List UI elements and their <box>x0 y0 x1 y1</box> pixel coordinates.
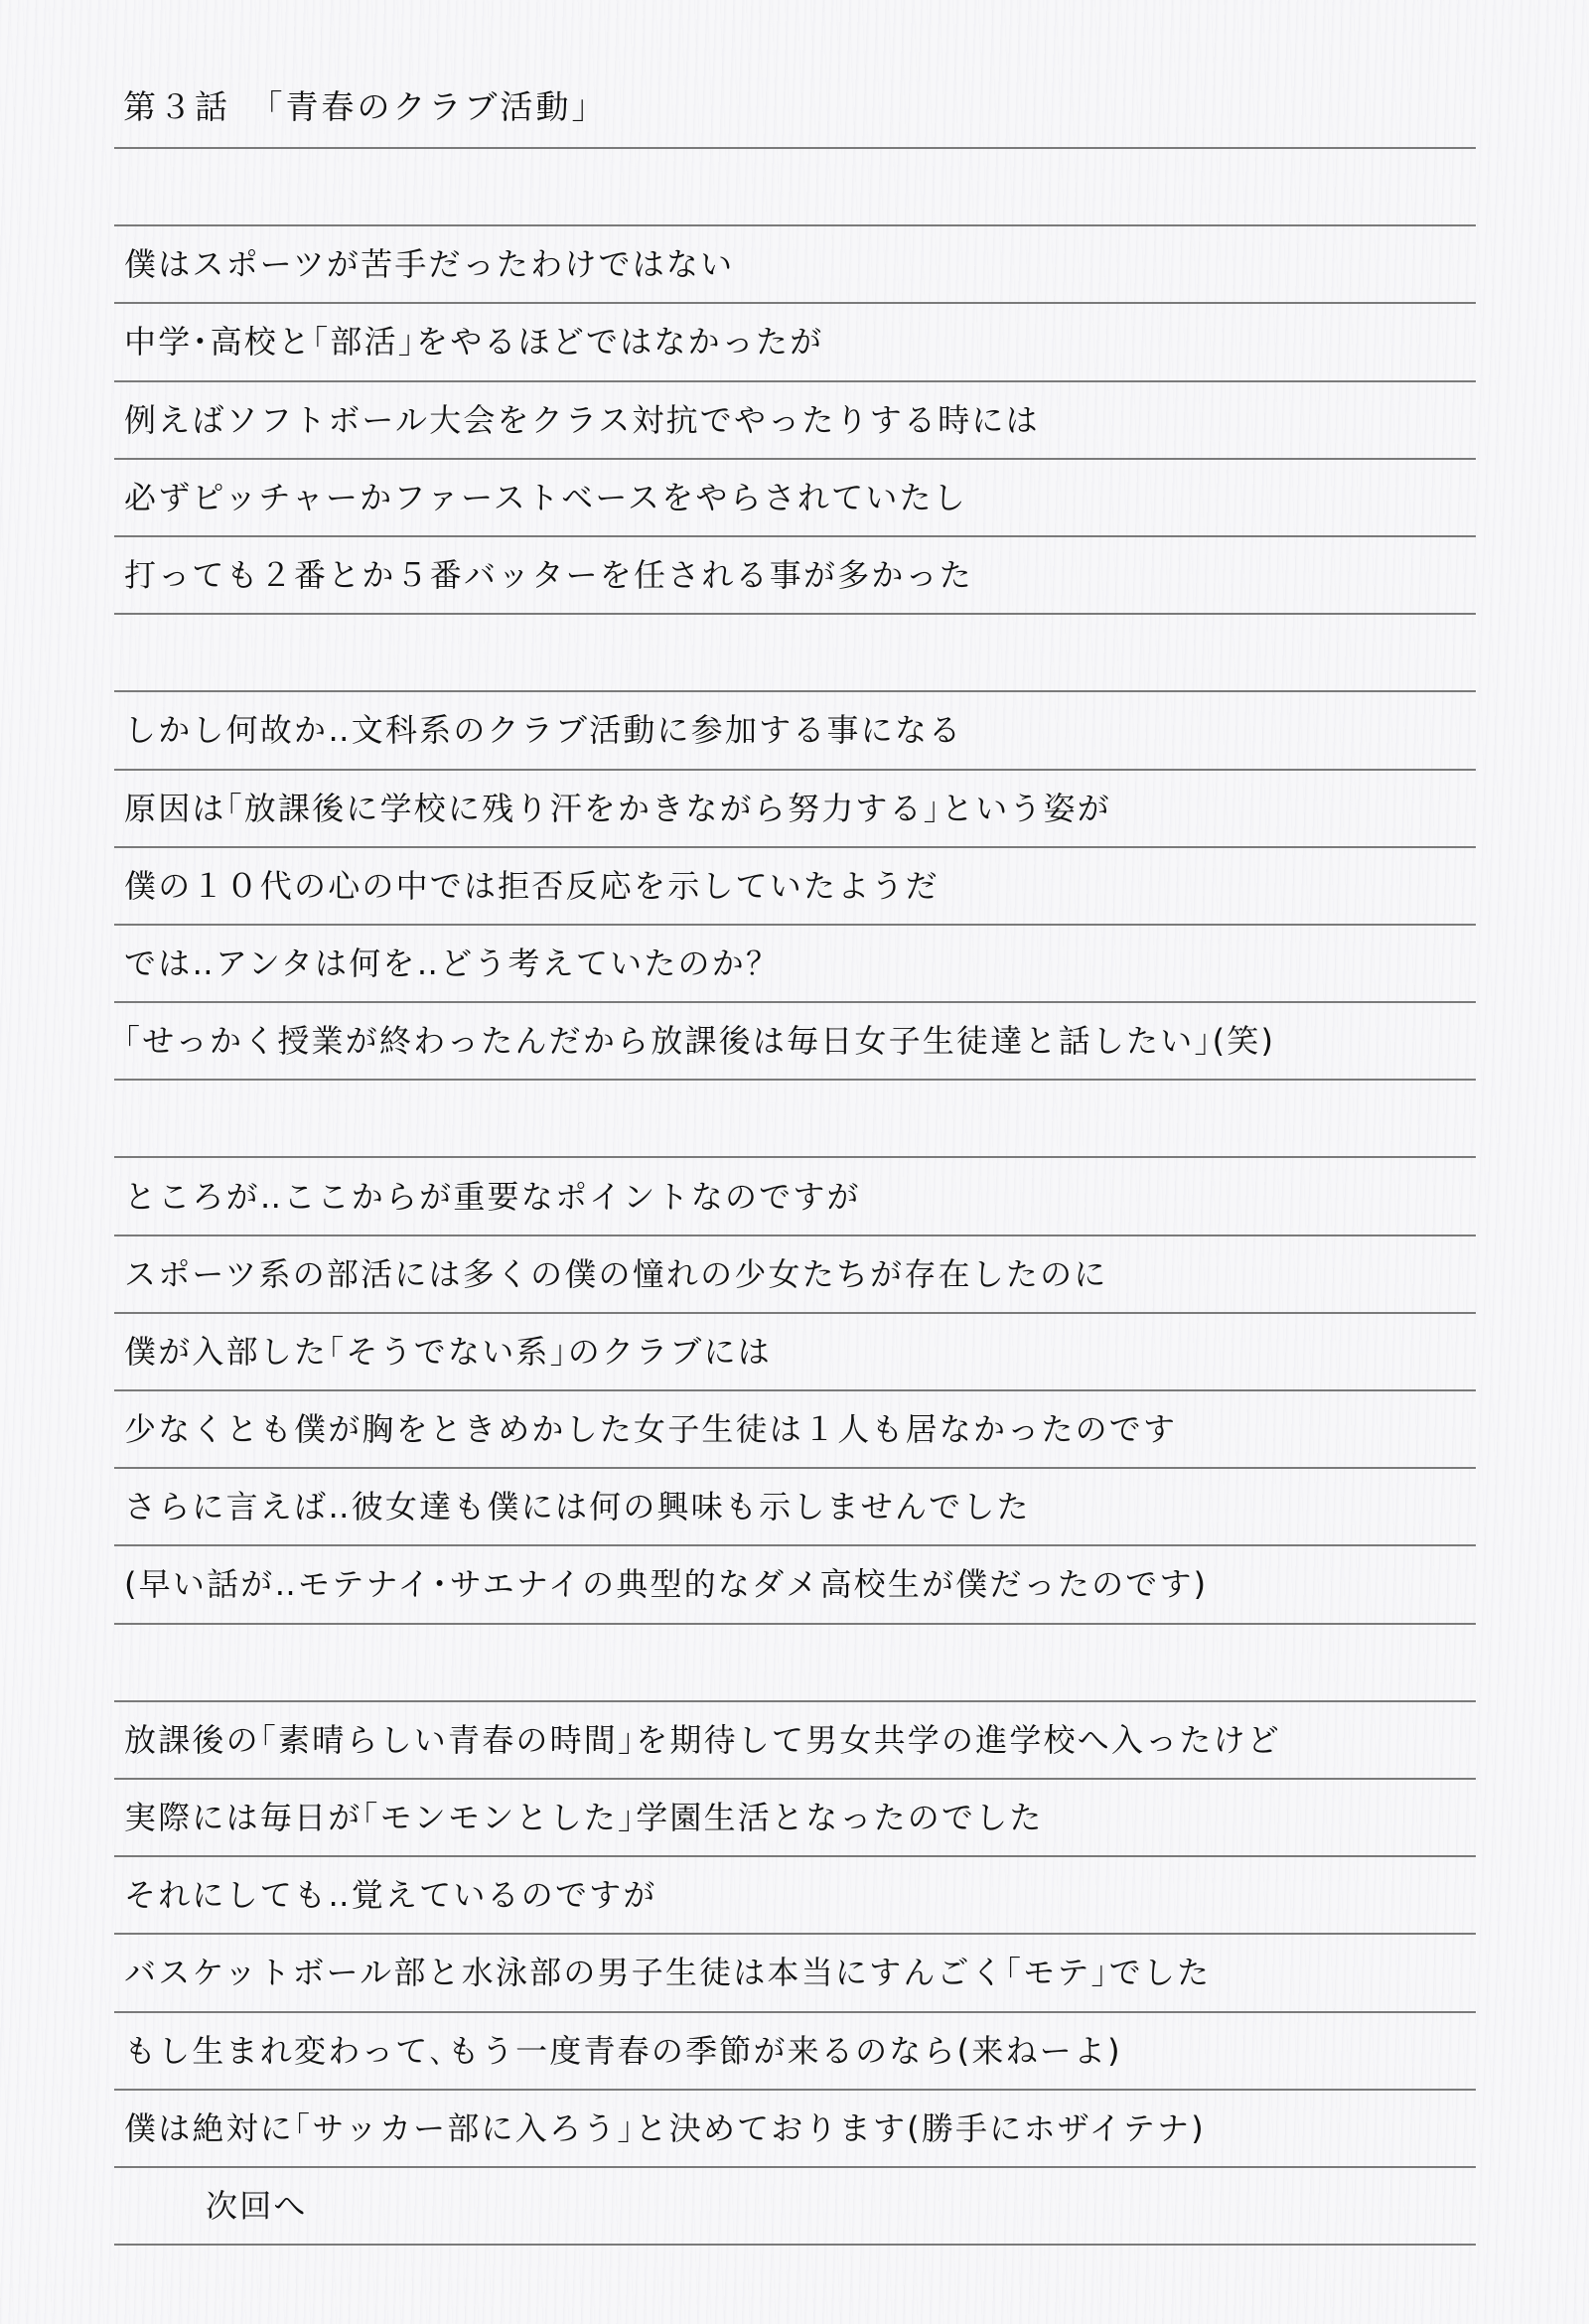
ruled-line: 放課後の｢素晴らしい青春の時間｣を期待して男女共学の進学校へ入ったけど <box>114 1700 1476 1778</box>
line-text: 僕はスポーツが苦手だったわけではない <box>114 244 734 284</box>
line-text: 原因は｢放課後に学校に残り汗をかきながら努力する｣という姿が <box>114 789 1111 828</box>
ruled-line: しかし何故か‥文科系のクラブ活動に参加する事になる <box>114 690 1476 768</box>
line-text: 必ずピッチャーかファーストベースをやらされていたし <box>114 478 967 517</box>
line-text: 打っても２番とか５番バッターを任される事が多かった <box>114 555 973 595</box>
line-text: 少なくとも僕が胸をときめかした女子生徒は１人も居なかったのです <box>114 1409 1177 1449</box>
line-text: 放課後の｢素晴らしい青春の時間｣を期待して男女共学の進学校へ入ったけど <box>114 1720 1281 1760</box>
line-text: しかし何故か‥文科系のクラブ活動に参加する事になる <box>114 710 962 750</box>
ruled-line: 実際には毎日が｢モンモンとした｣学園生活となったのでした <box>114 1778 1476 1855</box>
line-text: では‥アンタは何を‥どう考えていたのか？ <box>114 944 780 983</box>
line-text: もし生まれ変わって､もう一度青春の季節が来るのなら(来ねーよ) <box>114 2031 1122 2071</box>
ruled-line: 少なくとも僕が胸をときめかした女子生徒は１人も居なかったのです <box>114 1389 1476 1467</box>
line-text: 僕の１０代の心の中では拒否反応を示していたようだ <box>114 866 939 906</box>
line-text: 中学･高校と｢部活｣をやるほどではなかったが <box>114 322 823 362</box>
ruled-line: もし生まれ変わって､もう一度青春の季節が来るのなら(来ねーよ) <box>114 2011 1476 2089</box>
ruled-line: 例えばソフトボール大会をクラス対抗でやったりする時には <box>114 380 1476 458</box>
next-episode-text: 次回へ <box>114 2186 308 2226</box>
line-text: ｢せっかく授業が終わったんだから放課後は毎日女子生徒達と話したい｣(笑) <box>114 1021 1275 1061</box>
ruled-line: 中学･高校と｢部活｣をやるほどではなかったが <box>114 302 1476 379</box>
ruled-line: バスケットボール部と水泳部の男子生徒は本当にすんごく｢モテ｣でした <box>114 1933 1476 2010</box>
ruled-line: では‥アンタは何を‥どう考えていたのか？ <box>114 924 1476 1001</box>
line-text: (早い話が‥モテナイ･サエナイの典型的なダメ高校生が僕だったのです) <box>114 1564 1208 1604</box>
ruled-line-empty <box>114 1079 1476 1156</box>
line-text: ところが‥ここからが重要なポイントなのですが <box>114 1177 861 1217</box>
ruled-line: スポーツ系の部活には多くの僕の憧れの少女たちが存在したのに <box>114 1235 1476 1312</box>
ruled-text-body: 僕はスポーツが苦手だったわけではない 中学･高校と｢部活｣をやるほどではなかった… <box>114 147 1476 2246</box>
next-episode-line: 次回へ <box>114 2166 1476 2246</box>
ruled-line: 打っても２番とか５番バッターを任される事が多かった <box>114 535 1476 613</box>
line-text: 実際には毎日が｢モンモンとした｣学園生活となったのでした <box>114 1798 1044 1837</box>
ruled-line-empty <box>114 613 1476 690</box>
line-text: 僕は絶対に｢サッカー部に入ろう｣と決めております(勝手にホザイテナ) <box>114 2108 1206 2148</box>
line-text: 例えばソフトボール大会をクラス対抗でやったりする時には <box>114 400 1040 440</box>
ruled-line: 必ずピッチャーかファーストベースをやらされていたし <box>114 458 1476 535</box>
ruled-line-empty <box>114 147 1476 224</box>
line-text: さらに言えば‥彼女達も僕には何の興味も示しませんでした <box>114 1487 1031 1526</box>
line-text: 僕が入部した｢そうでない系｣のクラブには <box>114 1332 772 1372</box>
ruled-line: 僕は絶対に｢サッカー部に入ろう｣と決めております(勝手にホザイテナ) <box>114 2089 1476 2166</box>
ruled-line: ところが‥ここからが重要なポイントなのですが <box>114 1156 1476 1234</box>
ruled-line: それにしても‥覚えているのですが <box>114 1855 1476 1933</box>
ruled-line: (早い話が‥モテナイ･サエナイの典型的なダメ高校生が僕だったのです) <box>114 1544 1476 1622</box>
ruled-line: 僕が入部した｢そうでない系｣のクラブには <box>114 1312 1476 1389</box>
ruled-line: 僕はスポーツが苦手だったわけではない <box>114 224 1476 302</box>
line-text: スポーツ系の部活には多くの僕の憧れの少女たちが存在したのに <box>114 1254 1108 1294</box>
ruled-line: さらに言えば‥彼女達も僕には何の興味も示しませんでした <box>114 1467 1476 1544</box>
ruled-line: 僕の１０代の心の中では拒否反応を示していたようだ <box>114 846 1476 924</box>
ruled-line-empty <box>114 1623 1476 1700</box>
line-text: バスケットボール部と水泳部の男子生徒は本当にすんごく｢モテ｣でした <box>114 1953 1211 1992</box>
notebook-page: 第３話 「青春のクラブ活動」 僕はスポーツが苦手だったわけではない 中学･高校と… <box>0 0 1589 2324</box>
ruled-line: ｢せっかく授業が終わったんだから放課後は毎日女子生徒達と話したい｣(笑) <box>114 1001 1476 1079</box>
ruled-line: 原因は｢放課後に学校に残り汗をかきながら努力する｣という姿が <box>114 769 1476 846</box>
episode-title: 第３話 「青春のクラブ活動」 <box>123 87 608 127</box>
line-text: それにしても‥覚えているのですが <box>114 1875 657 1915</box>
